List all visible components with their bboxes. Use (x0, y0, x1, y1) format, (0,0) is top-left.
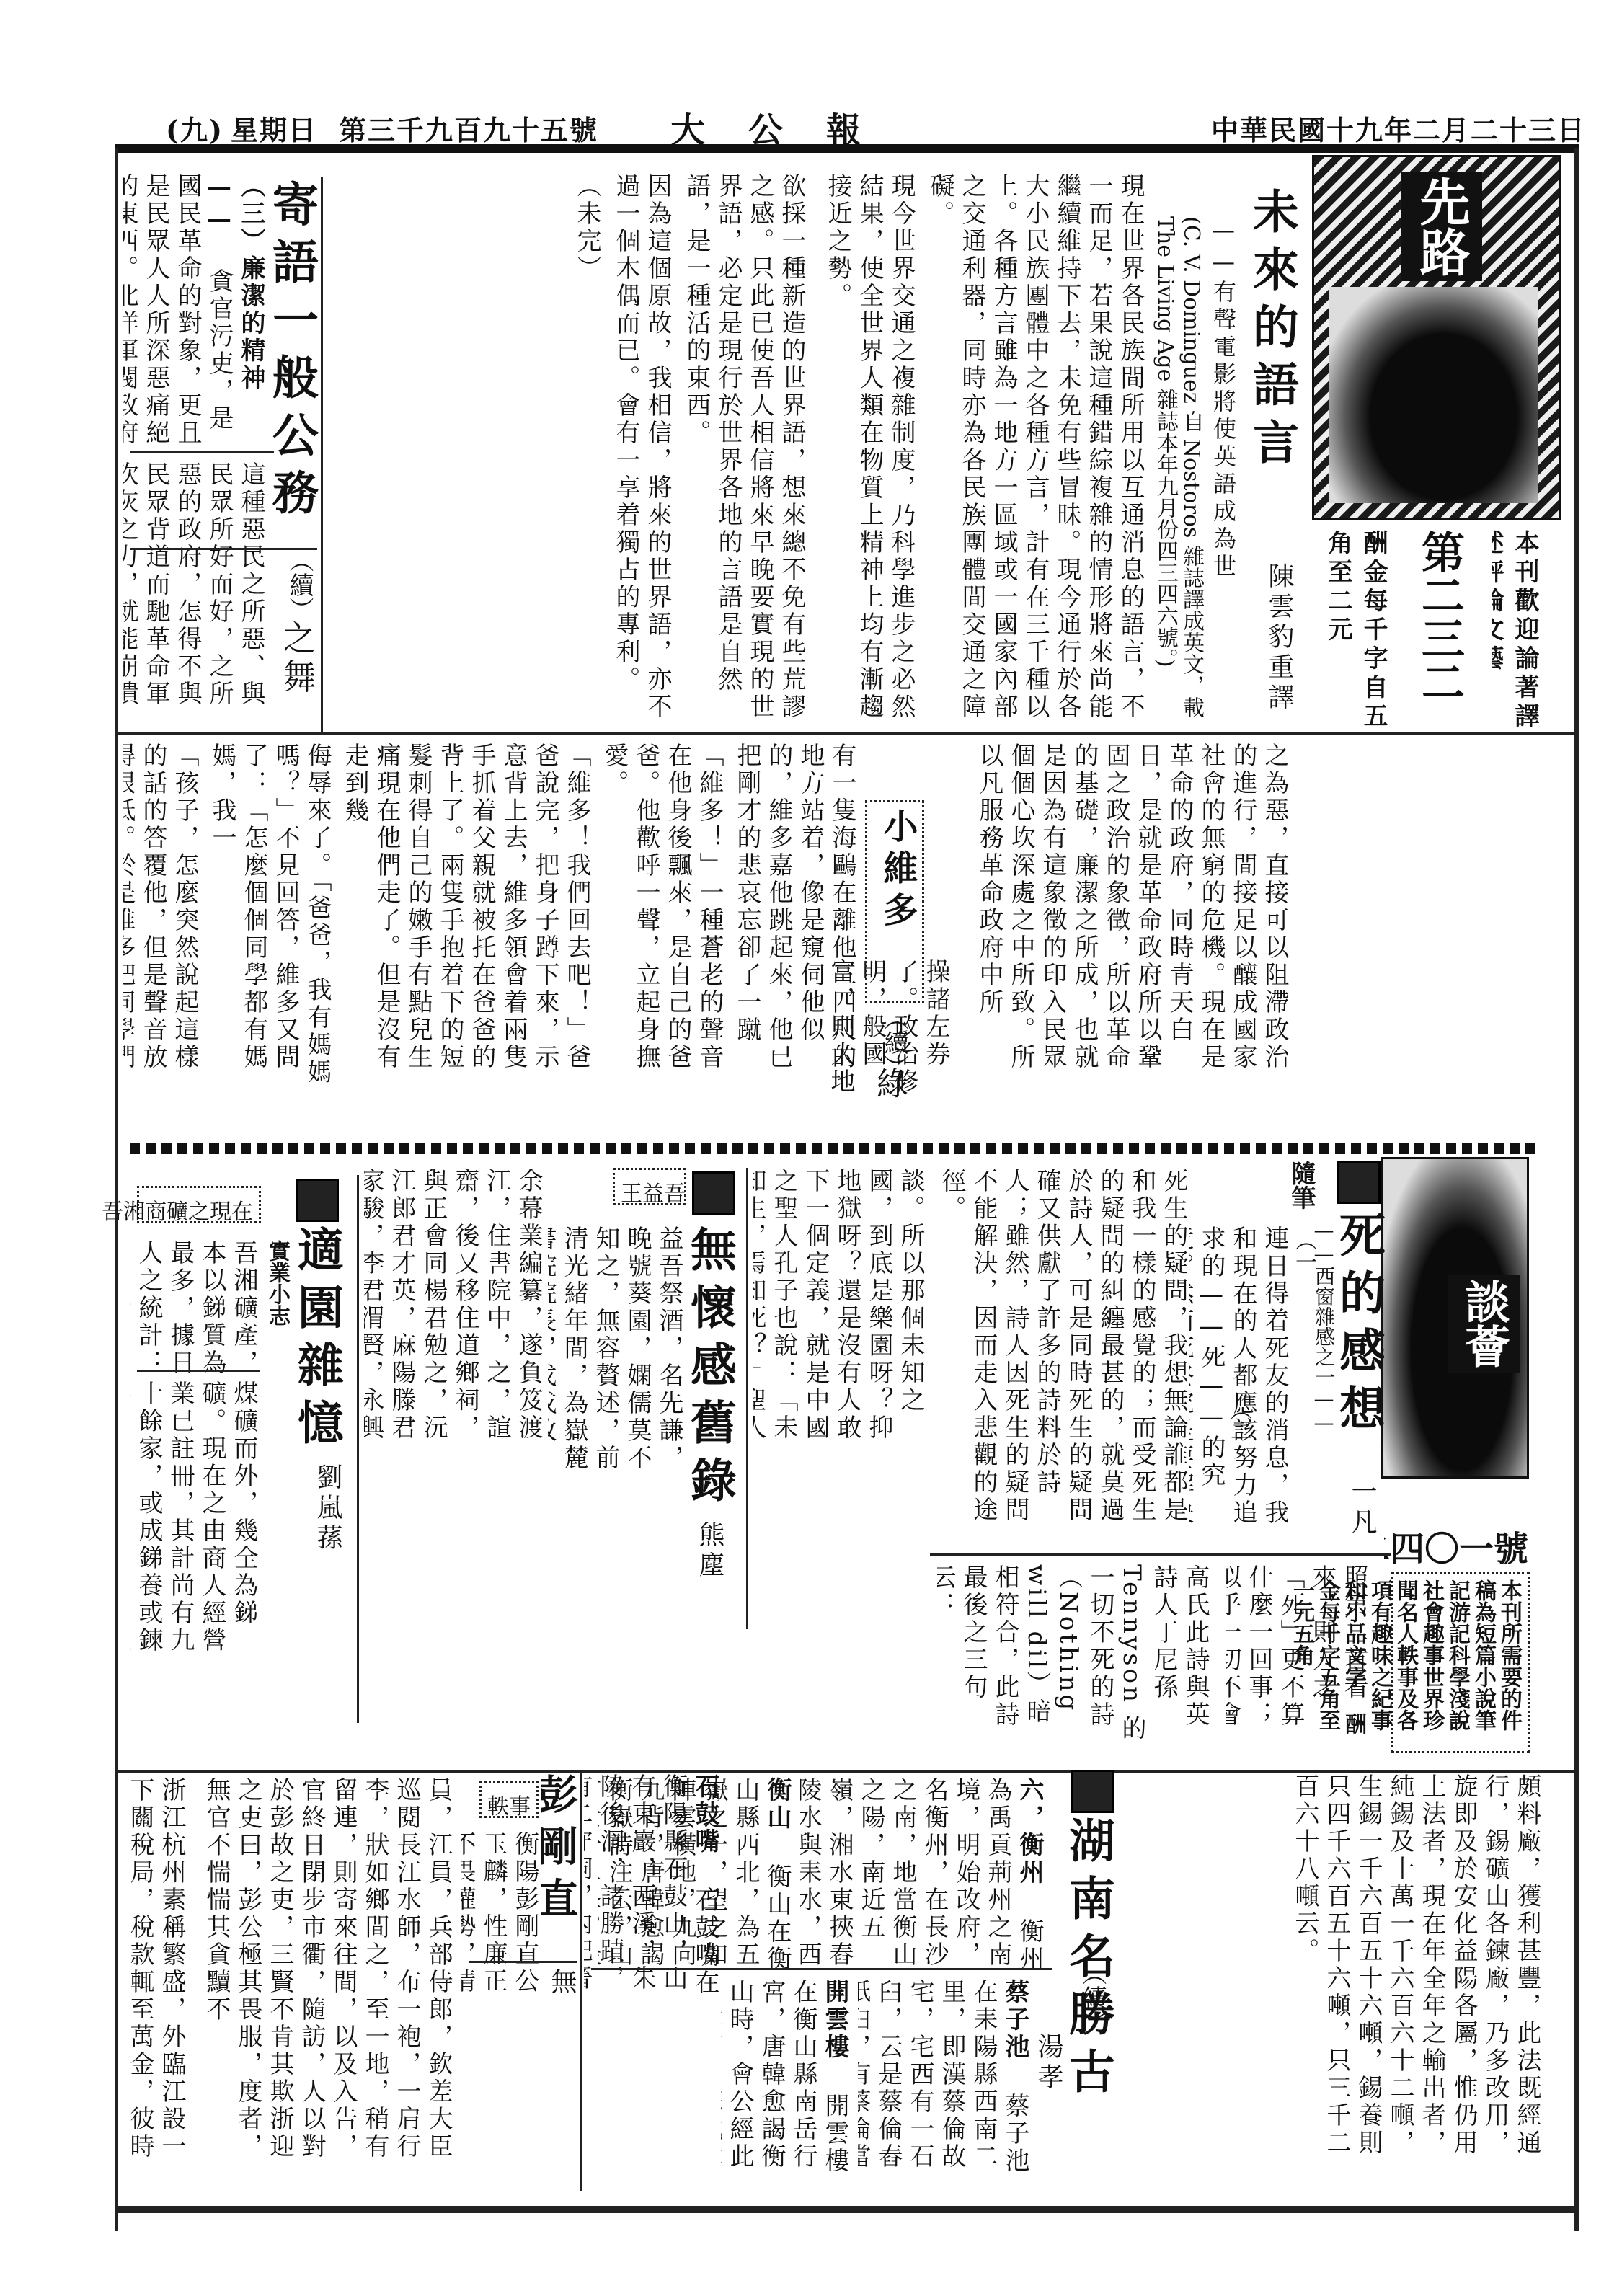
xianlu-notice-fee: 酬金每千字自五角至二元 (1312, 530, 1391, 739)
xianlu-banner-title: 先路 (1401, 172, 1482, 281)
entry-text: 衡州為禹貢荊州之南境，明始改府，名衡州，在長沙之南，地當衡山之陽，南近五嶺，湘水… (800, 1777, 1044, 1973)
ornamental-divider (130, 1143, 1535, 1154)
public-servants-continued: （續） (281, 548, 317, 606)
entry-name: 蔡子池 (1001, 1979, 1029, 2061)
paragraph: 死生的疑問，我想無論誰都是和我一樣的感覺的；而受死生的疑問的糾纏最甚的，就莫過於… (936, 1168, 1189, 1543)
hunan-sites-continued: （續） (1074, 1961, 1110, 2026)
hunan-tin-paragraph: 頗料廠，獲利甚豐，此法既經通行，錫礦山各鍊廠，乃多改用，旋即及於安化益陽各屬，惟… (1125, 1773, 1543, 2177)
section-rule (469, 1961, 577, 1963)
column-divider (357, 1175, 359, 1723)
death-thoughts-title: 死的感想 (1334, 1211, 1391, 1442)
wuhuai-body: 益吾祭酒，名先謙，晚號葵園，嫻儒莫不知之，無容贅述，前清光緒年間，為嶽麓書院院長… (548, 1225, 685, 1485)
paragraph: 現在世界各民族間所用以互通消息的語言，不一而足，若果說這種錯綜複雜的情形將來尚能… (924, 173, 1146, 728)
section-emblem-icon (692, 1171, 735, 1215)
shiyuan-para1: 吾湘礦產，本以銻質為最多，據日人之統計：中國所產之銻為湖南所出者，佔百分之九十以… (130, 1240, 260, 1377)
issue-number: 第三千九百九十五號 (339, 108, 598, 148)
death-thoughts-para3: 照第二首看來，則人之「死」更不算什麼一回事；似乎一切不會死，或死了又可以復生，總… (1226, 1564, 1370, 1752)
penggang-para3: 浙江杭州素稱繁盛，外臨江設一下關稅局，稅款輒至萬金，彼時收 (130, 1777, 187, 2181)
section-rule (591, 1968, 1052, 1970)
future-language-body: 現在世界各民族間所用以互通消息的語言，不一而足，若果說這種錯綜複雜的情形將來尚能… (822, 173, 1146, 728)
xianlu-issue-number: 第二三二號 (1406, 530, 1471, 739)
section-emblem-icon (1071, 1770, 1114, 1813)
masthead: (九) 星期日 第三千九百九十五號 大公報 中華民國十九年二月二十三日 (166, 108, 1572, 144)
paragraph: 現代英國文學家高士倭綏（Thon Galswarthy 1857—）的「生」（L… (930, 1168, 931, 1543)
penggang-para1: 衡陽彭剛直公玉麟，性廉正不畏權勢，清光緒中迭次奉以封疆之任，皆力辭不就，乃 (461, 1831, 541, 2004)
man-illustration-icon: 談薈 (1381, 1157, 1529, 1479)
penggang-author: 無我 (544, 1968, 580, 2026)
bottom-border (115, 2206, 1577, 2213)
shiyuan-title: 適園雜憶 (292, 1225, 350, 1463)
wuhuai-subject-box: 王益吾 (613, 1168, 686, 1205)
hunan-entry-hengzhou: 六，衡州 衡州為禹貢荊州之南境，明始改府，名衡州，在長沙之南，地當衡山之陽，南近… (800, 1777, 1045, 1993)
horseman-illustration-icon (1329, 287, 1538, 503)
publication-date: 中華民國十九年二月二十三日 (1211, 108, 1586, 148)
weekday: 星期日 (231, 108, 317, 148)
wuhuai-author: 熊塵 (692, 1521, 728, 1593)
xiaoweiduo-author: 綠芝 (876, 1067, 912, 1132)
section-emblem-icon (1337, 1161, 1381, 1204)
shiyuan-subject-box: 吾湘商礦之現在 (137, 1186, 261, 1223)
section-rule (130, 548, 317, 550)
paragraph: 現今世界交通之複雜制度，乃科學進步之必然結果，使全世界人類在物質上精神上均有漸趨… (822, 173, 917, 728)
hunan-entry-kaiyunlou: 開雲樓 開雲樓在衡山縣南岳行宮，唐韓愈謁衡山時，會公經此之雲開，蘇軾韓碑文云，故… (721, 1979, 851, 2195)
xiaoweiduo-continued: （續） (876, 1006, 912, 1063)
entry-name: 衡山 (763, 1777, 792, 1832)
section-rule (130, 451, 274, 453)
tanhua-banner-title: 談薈 (1448, 1275, 1520, 1373)
section-rule (137, 1370, 260, 1372)
hunan-entry-shiguzui: 石鼓嘴 石鼓嘴在衡陽縣石鼓山，山有東巖，西溪，朱陵後洞，諸勝蹟，有二守祠，內祀晉… (584, 1773, 721, 2011)
xianlu-banner-illustration: 先路 (1312, 155, 1561, 520)
entry-name: 石鼓嘴 (691, 1773, 719, 1856)
paragraph: 侮辱來了。「爸爸，我有媽媽嗎？」不見回答，維多又問了：「怎麼個個同學都有媽媽，我… (206, 743, 333, 1089)
shiyuan-author: 劉嵐蓀 (310, 1463, 346, 1572)
death-thoughts-author: 一凡 (1344, 1478, 1381, 1550)
column-divider (746, 1168, 748, 1629)
hunan-entry-caizichi: 蔡子池 蔡子池在耒陽縣西南二里，即漢蔡倫故宅，宅西有一石臼，云是蔡倫舂紙臼，有蔡… (858, 1979, 1031, 2195)
xiaoweiduo-title: 小維多 (873, 808, 923, 934)
shiyuan-column-label: 實業小志 (267, 1240, 293, 1384)
penggang-subject-box: 軼事 (479, 1781, 539, 1818)
paragraph: 因為這個原故，我相信，將來的世界語，亦不過一個木偶而已。會有一享着獨占的專利。 (610, 173, 673, 728)
public-servants-body-cont: 之為惡，直接可以阻滯政治的進行，間接足以釀成國家社會的無窮的危機。現在是革命的政… (959, 743, 1290, 1081)
section-rule (930, 1553, 1391, 1556)
section-emblem-icon (296, 1179, 339, 1222)
penggang-para2: 員，江員，兵部侍郎，欽差大臣巡閱長江水師，布一袍，一肩行李，狀如鄉間之，至一地，… (187, 1777, 454, 2181)
horizontal-rule (115, 1770, 1579, 1773)
future-language-title: 未來的語言 (1247, 187, 1305, 490)
shiyuan-para3: 余幕業編纂，遂負笈渡江，住書院中，之，諠齋，後又移住道鄉祠，與正會同楊君勉之，沅… (364, 1168, 544, 1442)
shiyuan-para2: 煤礦而外，幾全為銻礦。現在之由商人經營業已註冊，其計尚有九十餘家，或成銻養或鍊為… (130, 1380, 260, 1669)
future-language-translator: 陳雲豹重譯 (1262, 562, 1298, 750)
to-be-continued: （未完） (571, 173, 603, 728)
public-servants-byline: 之舞 (285, 620, 321, 706)
paragraph: 「孩子，怎麼突然說起這樣的話的答覆他，但是聲音放得很低。於是維多把同學們怎麼恥笑… (123, 743, 200, 1089)
paragraph: 「維多！我們回去吧！」爸爸說完，把身子蹲下來，示意背上去，維多領會着兩隻手抓着父… (339, 743, 593, 1089)
public-servants-title: 寄語一般公務人員 (267, 180, 324, 526)
xiaoweiduo-body: 有一隻海鷗在離他三四尺的地方站着，像是窺伺他似的，維多嘉他跳起來，他已把剛才的悲… (123, 743, 858, 1089)
xianlu-notice-text: 本刊歡迎論著譯述評論文藝 (1492, 530, 1543, 739)
future-language-subtitle: ——有聲電影將使英語成為世界語耶？—— (1211, 216, 1240, 591)
tanhua-issue-number: 第二四〇一號 (1384, 1521, 1528, 1564)
public-servants-body-mid: 這種惡民之所惡、與民眾所好而好，之所惡的政府，怎得不與民眾背道而馳革命軍吹灰之力… (123, 461, 267, 721)
entry-name: 開雲樓 (820, 1979, 849, 2061)
penggang-title: 彭剛直趣事 (541, 1773, 584, 1961)
hunan-sites-author: 湯孝良 (1031, 2033, 1067, 2119)
death-thoughts-para1: 連日得着死友的消息，我和現在的人都應該努力追求的——死——的究竟。然而死終究是要… (1189, 1225, 1290, 1543)
wuhuai-end-para: 談。所以那個未知之國，到底是樂園呀？抑地獄呀？還是沒有人敢下一個定義，就是中國之… (753, 1168, 926, 1442)
paragraph: 欲採一種新造的世界語，想來總不免有些荒謬之感。只此已使吾人相信將來早晚要實現的世… (681, 173, 807, 728)
page-number: (九) (166, 108, 223, 148)
xiaoweiduo-title-box: 小維多 (865, 800, 924, 1003)
public-servants-body-top: （三）廉潔的精神—— 貪官污吏，是國民革命的對象，更且是民眾人人所深惡痛絕的東西… (123, 173, 267, 447)
paragraph: 「維多！」一種蒼老的聲音在他身後飄來，是自己的爸爸。他歡呼一聲，立起身撫愛。 (598, 743, 725, 1089)
wuhuai-title: 無懷感舊錄 (685, 1225, 743, 1514)
death-thoughts-para4: 高氏此詩與英詩人丁尼孫 Tennyson 的一切不死的詩（Nothing wil… (937, 1564, 1211, 1752)
future-language-body-cont: 欲採一種新造的世界語，想來總不免有些荒謬之感。只此已使吾人相信將來早晚要實現的世… (375, 173, 807, 728)
section-one-label: （一） (1290, 1229, 1319, 1272)
section-two-label: （二） (1226, 1399, 1254, 1442)
paragraph: 高氏此詩與英詩人丁尼孫 Tennyson 的一切不死的詩（Nothing wil… (937, 1564, 1211, 1752)
entry-name: 六，衡州 (1015, 1777, 1044, 1887)
tanhua-notice: 本刊所需要的件稿為短篇小說筆記游記科學淺說社會趣事世界珍聞名人軼事及各項有趣味之… (1391, 1572, 1530, 1753)
horizontal-rule (115, 732, 1579, 735)
future-language-source-note: (C. V. Dominguez 自 Nostoros 雜誌譯成英文，載 The… (1153, 216, 1204, 735)
paragraph: 有一隻海鷗在離他三四尺的地方站着，像是窺伺他似的，維多嘉他跳起來，他已把剛才的悲… (731, 743, 858, 1089)
death-thoughts-para2: 死生的疑問，我想無論誰都是和我一樣的感覺的；而受死生的疑問的糾纏最甚的，就莫過於… (930, 1168, 1189, 1543)
